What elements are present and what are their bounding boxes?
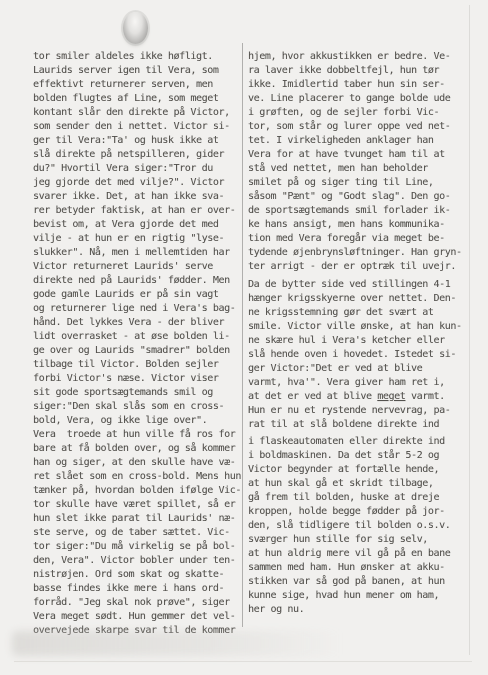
text-line: Victor begynder at fortælle hende, <box>248 463 464 477</box>
text-line: jeg gjorde det med vilje?". Victor <box>33 176 245 190</box>
text-line: slå hende oven i hovedet. Istedet si- <box>248 348 464 362</box>
text-line: forråd. "Jeg skal nok prøve", siger <box>33 596 245 610</box>
text-line: den, slå tidligere til bolden o.s.v. <box>248 519 464 533</box>
text-line: kontant slår den direkte på Victor, <box>33 106 245 120</box>
text-line: forbi Victor's næse. Victor viser <box>33 372 245 386</box>
text-line: ge over og Laurids "smadrer" bolden <box>33 344 245 358</box>
text-line: ra laver ikke dobbeltfejl, hun tør <box>248 64 464 78</box>
text-line: direkte ned på Laurids' fødder. Men <box>33 274 245 288</box>
text-line: tor siger:"Du må virkelig se på bol- <box>33 540 245 554</box>
text-line: ne skære hul i Vera's ketcher eller <box>248 334 464 348</box>
text-segment: at det er ved at blive <box>248 391 377 402</box>
text-line: smilet på og siger ting til Line, <box>248 176 464 190</box>
text-line: hjem, hvor akkustikken er bedre. Ve- <box>248 50 464 64</box>
text-line: varmt, hva'". Vera giver ham ret i, <box>248 376 464 390</box>
text-line: stikken var så god på banen, at hun <box>248 575 464 589</box>
text-line: tænker på, hvordan bolden ifølge Vic- <box>33 484 245 498</box>
text-line: siger:"Den skal slås som en cross- <box>33 400 245 414</box>
text-line: Vera for at have tvunget ham til at <box>248 148 464 162</box>
text-line: i flaskeautomaten eller direkte ind <box>248 435 464 449</box>
text-line: Vera troede at hun ville få ros for <box>33 428 245 442</box>
text-line: stå ved nettet, men han beholder <box>248 162 464 176</box>
text-line: du?" Hvortil Vera siger:"Tror du <box>33 162 245 176</box>
column-divider-line <box>242 43 243 627</box>
text-line: tilbage til Victor. Bolden sejler <box>33 358 245 372</box>
text-line: sammen med ham. Hun ønsker at akku- <box>248 561 464 575</box>
text-line: rer betyder faktisk, at han er over- <box>33 204 245 218</box>
text-line: den, Vera". Victor bobler under ten- <box>33 554 245 568</box>
page-bottom-line <box>14 661 472 662</box>
text-line: gå frem til bolden, huske at dreje <box>248 491 464 505</box>
text-line: basse findes ikke mere i hans ord- <box>33 582 245 596</box>
text-line: tydende øjenbrynsløftninger. Han gryn- <box>248 246 464 260</box>
text-line: Victor returneret Laurids' serve <box>33 260 245 274</box>
text-line: lidt overrasket - at øse bolden li- <box>33 330 245 344</box>
text-line: i boldmaskinen. Da det står 5-2 og <box>248 449 464 463</box>
text-line: gode gamle Laurids er på sin vagt <box>33 288 245 302</box>
text-line: sværger hun stille for sig selv, <box>248 533 464 547</box>
text-line: bevist om, at Vera gjorde det med <box>33 218 245 232</box>
text-line: som sender den i nettet. Victor si- <box>33 120 245 134</box>
text-line: og returnerer lige ned i Vera's bag- <box>33 302 245 316</box>
text-line: hun slet ikke parat til Laurids' næ- <box>33 512 245 526</box>
text-column-left: tor smiler aldeles ikke høfligt.Laurids … <box>33 50 245 638</box>
text-line: svarer ikke. Det, at han ikke sva- <box>33 190 245 204</box>
text-line: sit gode sportsægtemands smil og <box>33 386 245 400</box>
text-line: tor smiler aldeles ikke høfligt. <box>33 50 245 64</box>
page-edge-line <box>469 5 470 655</box>
text-line: ve. Line placerer to gange bolde ude <box>248 92 464 106</box>
text-line: ter arrigt - der er optræk til uvejr. <box>248 260 464 274</box>
text-line: bolden flugtes af Line, som meget <box>33 92 245 106</box>
text-line: hænger krigsskyerne over nettet. Den- <box>248 292 464 306</box>
text-line: hånd. Det lykkes Vera - der bliver <box>33 316 245 330</box>
text-segment: varmt. <box>405 391 444 402</box>
text-line: tor skulle have været spillet, så er <box>33 498 245 512</box>
text-line: kroppen, holde begge fødder på jor- <box>248 505 464 519</box>
underlined-word: meget <box>377 391 405 402</box>
text-line: nistrøjen. Ord som skat og skatte- <box>33 568 245 582</box>
text-line: tor, som står og lurer oppe ved net- <box>248 120 464 134</box>
text-line: kunne sige, hvad hun mener om ham, <box>248 589 464 603</box>
text-line: ne krigsstemning gør det svært at <box>248 306 464 320</box>
hole-punch <box>123 12 148 44</box>
text-line: ger til Vera:"Ta' og husk ikke at <box>33 134 245 148</box>
text-column-right: hjem, hvor akkustikken er bedre. Ve-ra l… <box>248 50 464 617</box>
text-line: slukker". Nå, men i mellemtiden har <box>33 246 245 260</box>
text-line: Laurids server igen til Vera, som <box>33 64 245 78</box>
text-line: effektivt returnerer serven, men <box>33 78 245 92</box>
text-line: Vera meget sødt. Hun gemmer det vel- <box>33 610 245 624</box>
text-line: her og nu. <box>248 603 464 617</box>
scanned-page: tor smiler aldeles ikke høfligt.Laurids … <box>0 0 488 675</box>
text-line: at det er ved at blive meget varmt. <box>248 390 464 404</box>
text-line: bold, Vera, og ikke lige over". <box>33 414 245 428</box>
text-line: Da de bytter side ved stillingen 4-1 <box>248 278 464 292</box>
text-line: ikke. Imidlertid taber hun sin ser- <box>248 78 464 92</box>
text-line: i grøften, og de sejler forbi Vic- <box>248 106 464 120</box>
text-line: såsom "Pænt" og "Godt slag". Den go- <box>248 190 464 204</box>
text-line: de sportsægtemands smil forlader ik- <box>248 204 464 218</box>
scan-shadow <box>12 631 342 656</box>
text-line: Hun er nu et rystende nervevrag, pa- <box>248 404 464 418</box>
text-line: han og siger, at den skulle have væ- <box>33 456 245 470</box>
text-line: slå direkte på netspilleren, gider <box>33 148 245 162</box>
text-line: ke hans ansigt, men hans kommunika- <box>248 218 464 232</box>
text-line: ste serve, og de taber sættet. Vic- <box>33 526 245 540</box>
text-line: ger Victor:"Det er ved at blive <box>248 362 464 376</box>
text-line: ret slået som en cross-bold. Mens hun <box>33 470 245 484</box>
text-line: vilje - at hun er en rigtig "lyse- <box>33 232 245 246</box>
text-line: rat til at slå boldene direkte ind <box>248 418 464 432</box>
text-line: smile. Victor ville ønske, at han kun- <box>248 320 464 334</box>
text-line: bare at få bolden over, og så kommer <box>33 442 245 456</box>
text-line: tet. I virkeligheden anklager han <box>248 134 464 148</box>
text-line: at hun aldrig mere vil gå på en bane <box>248 547 464 561</box>
text-line: at hun skal gå et skridt tilbage, <box>248 477 464 491</box>
text-line: tion med Vera foregår via meget be- <box>248 232 464 246</box>
